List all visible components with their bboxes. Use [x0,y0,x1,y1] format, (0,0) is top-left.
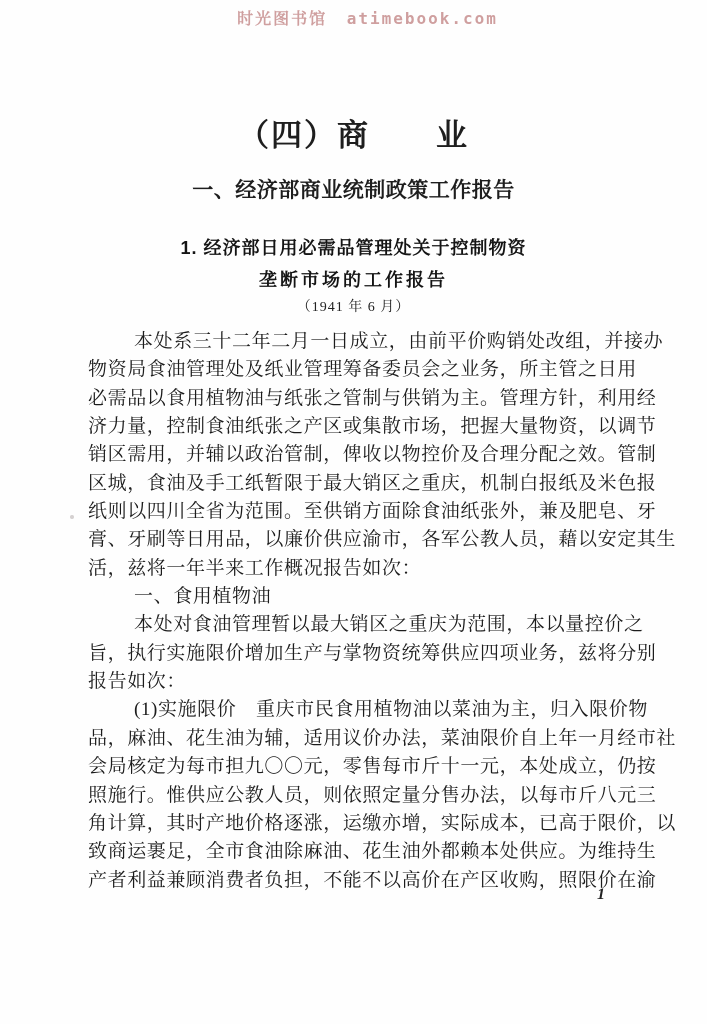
body-line: 致商运裹足，全市食油除麻油、花生油外都赖本处供应。为维持生 [88,838,633,866]
part-title: 一、经济部商业统制政策工作报告 [0,174,707,204]
body-line: 活，兹将一年半来工作概况报告如次： [88,555,633,583]
section-heading-line2: 垄断市场的工作报告 [0,266,707,292]
body-line: 本处对食油管理暂以最大销区之重庆为范围，本以量控价之 [88,611,633,639]
body-line: 旨，执行实施限价增加生产与掌物资统筹供应四项业务，兹将分别 [88,640,633,668]
body-line: 济力量，控制食油纸张之产区或集散市场，把握大量物资，以调节 [88,413,633,441]
body-text: 本处系三十二年二月一日成立，由前平价购销处改组，并接办物资局食油管理处及纸业管理… [88,328,633,895]
body-line: 一、食用植物油 [88,583,633,611]
body-line: 本处系三十二年二月一日成立，由前平价购销处改组，并接办 [88,328,633,356]
body-line: 角计算，其时产地价格逐涨，运缴亦增，实际成本，已高于限价，以 [88,810,633,838]
scan-speck [70,515,74,519]
body-line: 产者利益兼顾消费者负担，不能不以高价在产区收购，照限价在渝 [88,867,633,895]
body-line: 照施行。惟供应公教人员，则依照定量分售办法，以每市斤八元三 [88,782,633,810]
body-line: 膏、牙刷等日用品，以廉价供应渝市，各军公教人员，藉以安定其生 [88,526,633,554]
body-line: 纸则以四川全省为范围。至供销方面除食油纸张外，兼及肥皂、牙 [88,498,633,526]
chapter-title: （四）商 业 [0,110,707,155]
page-number: 1 [597,886,605,904]
section-date: （1941 年 6 月） [0,296,707,316]
body-line: 必需品以食用植物油与纸张之管制与供销为主。管理方针，利用经 [88,385,633,413]
body-line: 物资局食油管理处及纸业管理筹备委员会之业务，所主管之日用 [88,356,633,384]
scanned-document-page: 时光图书馆 atimebook.com （四）商 业 一、经济部商业统制政策工作… [0,0,707,1024]
section-heading-line1: 1. 经济部日用必需品管理处关于控制物资 [0,234,707,260]
body-line: 品，麻油、花生油为辅，适用议价办法，菜油限价自上年一月经市社 [88,725,633,753]
body-line: 会局核定为每市担九〇〇元，零售每市斤十一元，本处成立，仍按 [88,753,633,781]
body-line: 报告如次： [88,668,633,696]
body-line: 区城，食油及手工纸暂限于最大销区之重庆，机制白报纸及米色报 [88,470,633,498]
body-line: 销区需用，并辅以政治管制，俾收以物控价及合理分配之效。管制 [88,441,633,469]
body-line: (1)实施限价 重庆市民食用植物油以菜油为主，归入限价物 [88,696,633,724]
site-watermark: 时光图书馆 atimebook.com [237,6,498,29]
